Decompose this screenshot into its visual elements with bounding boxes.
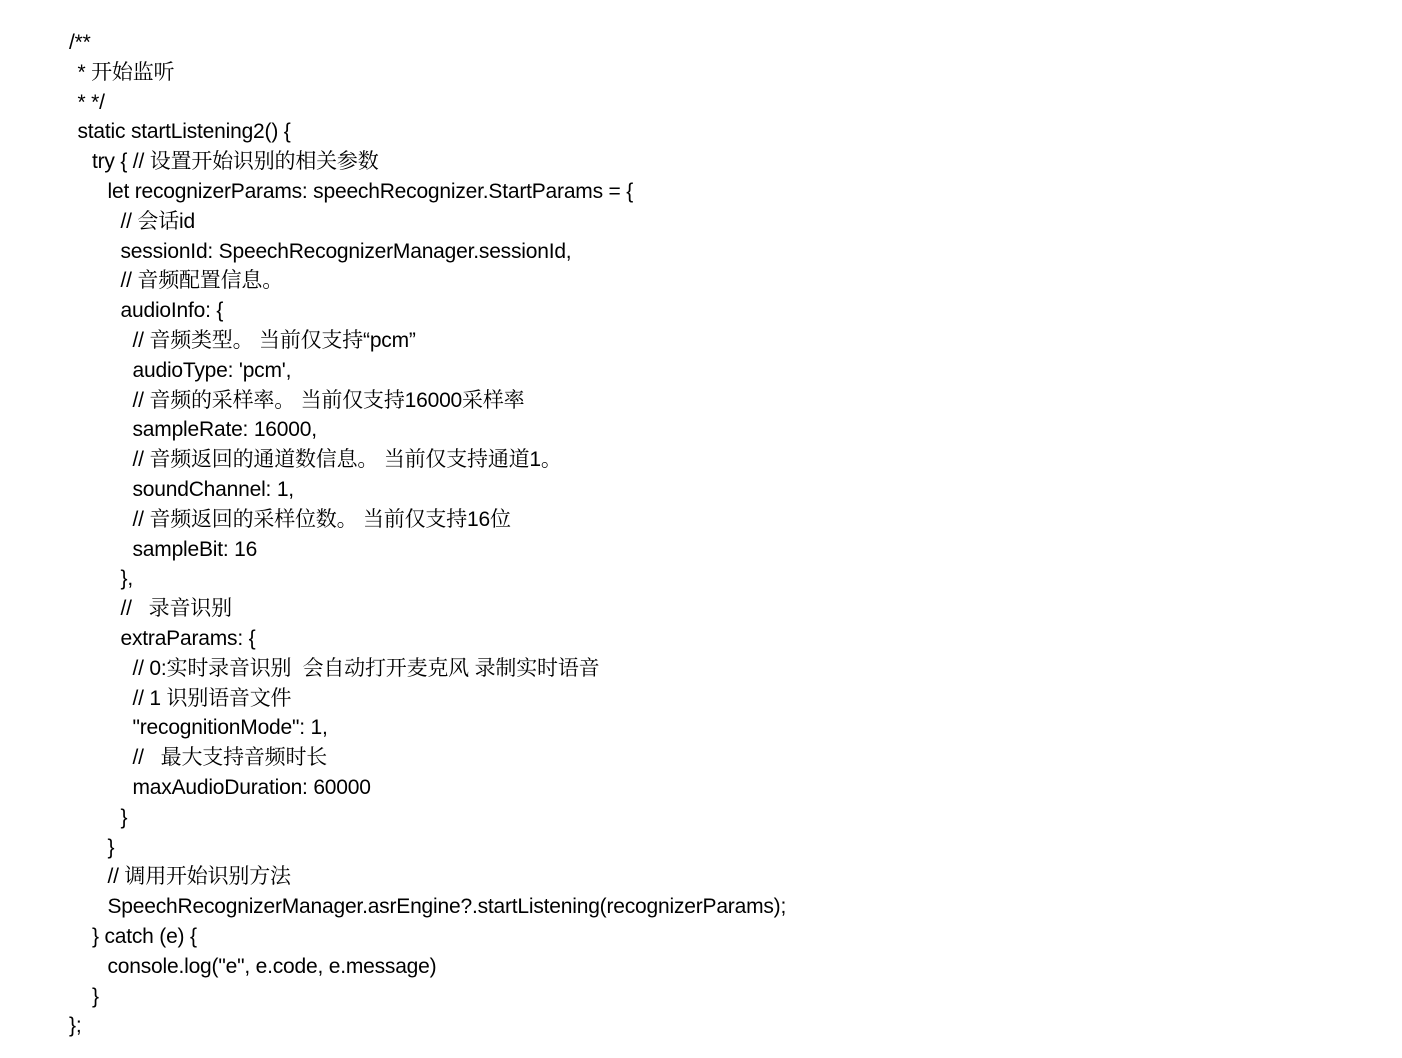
code-line: // 会话id bbox=[69, 207, 1402, 237]
code-line: }, bbox=[69, 564, 1402, 594]
code-line: console.log("e", e.code, e.message) bbox=[69, 952, 1402, 982]
code-line: // 音频返回的采样位数。 当前仅支持16位 bbox=[69, 505, 1402, 535]
code-line: soundChannel: 1, bbox=[69, 475, 1402, 505]
code-line: sampleRate: 16000, bbox=[69, 415, 1402, 445]
code-line: } bbox=[69, 982, 1402, 1012]
code-line: // 音频的采样率。 当前仅支持16000采样率 bbox=[69, 386, 1402, 416]
code-line: audioType: 'pcm', bbox=[69, 356, 1402, 386]
code-line: static startListening2() { bbox=[69, 117, 1402, 147]
code-line: "recognitionMode": 1, bbox=[69, 713, 1402, 743]
code-line: } bbox=[69, 803, 1402, 833]
code-line: audioInfo: { bbox=[69, 296, 1402, 326]
code-line: /** bbox=[69, 28, 1402, 58]
code-line: SpeechRecognizerManager.asrEngine?.start… bbox=[69, 892, 1402, 922]
code-line: * 开始监听 bbox=[69, 58, 1402, 88]
code-line: // 音频配置信息。 bbox=[69, 266, 1402, 296]
code-line: sessionId: SpeechRecognizerManager.sessi… bbox=[69, 237, 1402, 267]
code-block: /*** 开始监听* */static startListening2() {t… bbox=[69, 28, 1402, 1041]
code-line: // 音频类型。 当前仅支持“pcm” bbox=[69, 326, 1402, 356]
code-line: // 录音识别 bbox=[69, 594, 1402, 624]
code-line: * */ bbox=[69, 88, 1402, 118]
code-line: } catch (e) { bbox=[69, 922, 1402, 952]
code-line: // 0:实时录音识别 会自动打开麦克风 录制实时语音 bbox=[69, 654, 1402, 684]
code-line: // 调用开始识别方法 bbox=[69, 862, 1402, 892]
code-line: sampleBit: 16 bbox=[69, 535, 1402, 565]
code-line: // 1 识别语音文件 bbox=[69, 684, 1402, 714]
code-line: }; bbox=[69, 1011, 1402, 1041]
code-line: try { // 设置开始识别的相关参数 bbox=[69, 147, 1402, 177]
code-line: // 音频返回的通道数信息。 当前仅支持通道1。 bbox=[69, 445, 1402, 475]
code-line: extraParams: { bbox=[69, 624, 1402, 654]
code-line: // 最大支持音频时长 bbox=[69, 743, 1402, 773]
code-line: maxAudioDuration: 60000 bbox=[69, 773, 1402, 803]
code-line: let recognizerParams: speechRecognizer.S… bbox=[69, 177, 1402, 207]
code-line: } bbox=[69, 833, 1402, 863]
